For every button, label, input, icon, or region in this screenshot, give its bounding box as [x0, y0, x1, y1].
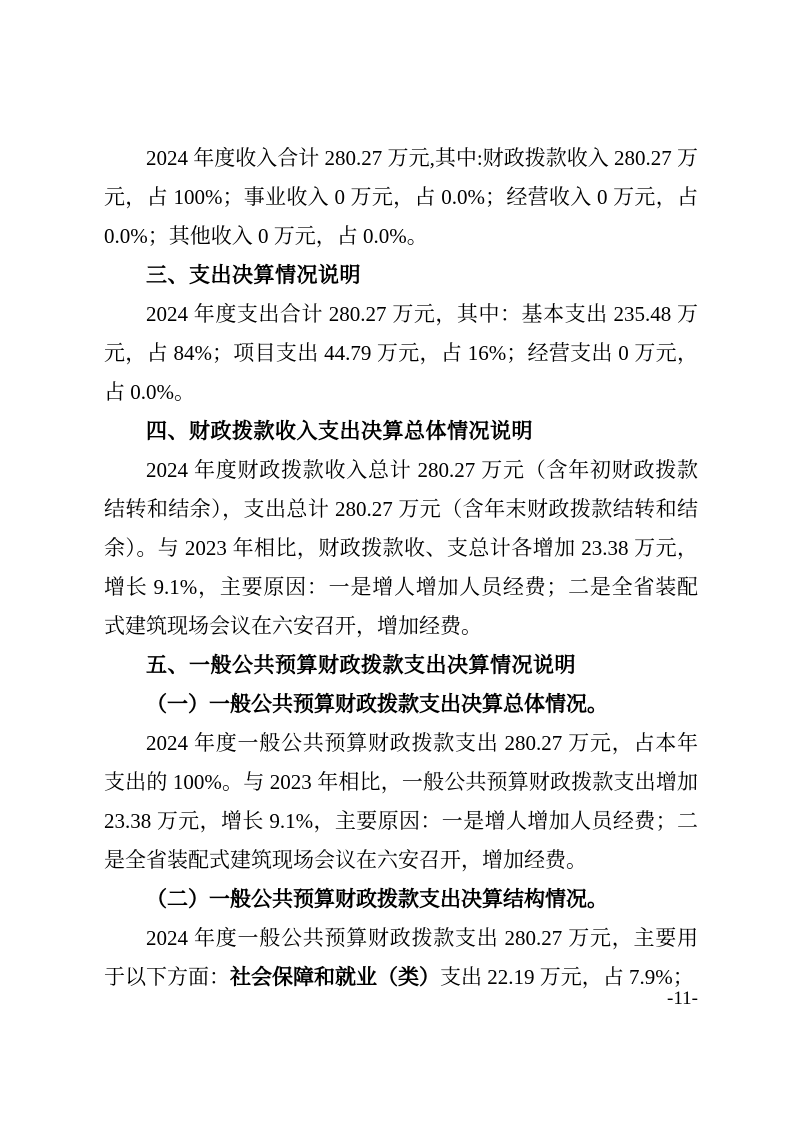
section-heading-fiscal-appropriation: 四、财政拨款收入支出决算总体情况说明 [104, 412, 698, 451]
paragraph-income-summary: 2024 年度收入合计 280.27 万元,其中:财政拨款收入 280.27 万… [104, 139, 698, 256]
paragraph-fiscal-appropriation-overview: 2024 年度财政拨款收入总计 280.27 万元（含年初财政拨款结转和结余），… [104, 451, 698, 646]
paragraph-general-budget-structure: 2024 年度一般公共预算财政拨款支出 280.27 万元，主要用于以下方面：社… [104, 919, 698, 997]
structure-category-bold: 社会保障和就业（类） [230, 966, 440, 989]
document-page: 2024 年度收入合计 280.27 万元,其中:财政拨款收入 280.27 万… [0, 0, 793, 1122]
section-heading-expenditure: 三、支出决算情况说明 [104, 256, 698, 295]
subheading-general-budget-total: （一）一般公共预算财政拨款支出决算总体情况。 [104, 685, 698, 724]
paragraph-general-budget-total: 2024 年度一般公共预算财政拨款支出 280.27 万元，占本年支出的 100… [104, 724, 698, 880]
subheading-general-budget-structure: （二）一般公共预算财政拨款支出决算结构情况。 [104, 880, 698, 919]
paragraph-expenditure-summary: 2024 年度支出合计 280.27 万元，其中：基本支出 235.48 万元，… [104, 295, 698, 412]
structure-text-suffix: 支出 22.19 万元，占 7.9%； [440, 965, 694, 989]
section-heading-general-budget: 五、一般公共预算财政拨款支出决算情况说明 [104, 646, 698, 685]
page-number: -11- [667, 986, 698, 1012]
